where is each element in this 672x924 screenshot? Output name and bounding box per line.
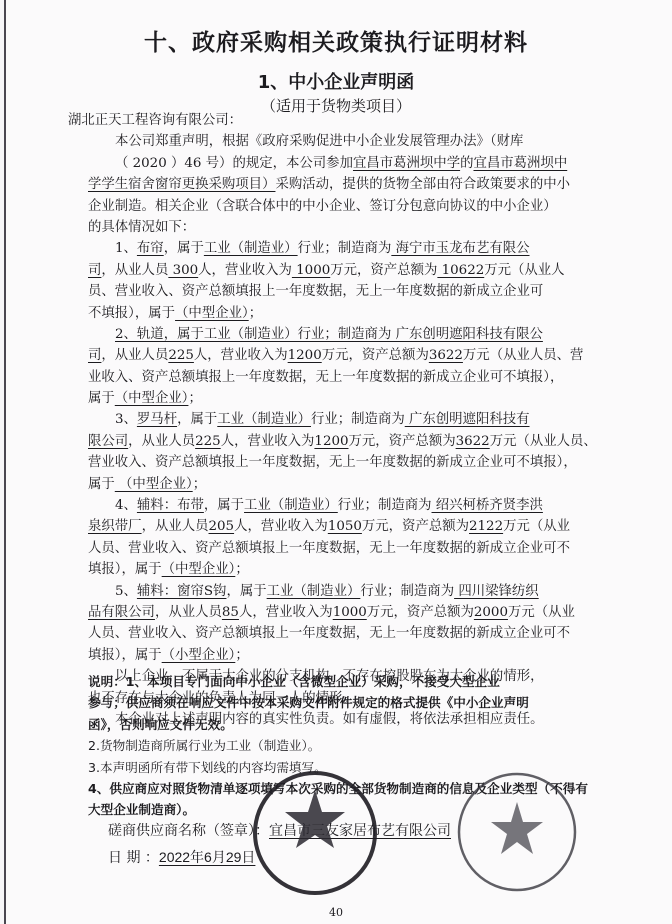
purchaser: 宜昌市葛洲坝中学: [353, 156, 460, 171]
item-3: 3、罗马杆，属于工业（制造业）行业；制造商为 广东创明遮阳科技有 限公司，从业人…: [88, 409, 618, 495]
letter-body: 湖北正天工程咨询有限公司： 本公司郑重声明，根据《政府采购促进中小企业发展管理办…: [88, 110, 618, 730]
intro-line: （ 2020 ）46 号）的规定，本公司参加宜昌市葛洲坝中学的宜昌市葛洲坝中: [88, 153, 618, 174]
item-2: 2、轨道，属于工业（制造业）行业；制造商为 广东创明遮阳科技有限公 司，从业人员…: [88, 324, 618, 410]
company-seal-stamp: [455, 770, 580, 895]
intro-line: 学学生宿舍窗帘更换采购项目）采购活动，提供的货物全部由符合政策要求的中小: [88, 174, 618, 195]
date-value: 2022年6月29日: [159, 849, 256, 865]
supplier-label: 磋商供应商名称（签章）：: [108, 823, 269, 839]
section-title: 十、政府采购相关政策执行证明材料: [0, 24, 672, 57]
item-4: 4、辅料：布带，属于工业（制造业）行业；制造商为 绍兴柯桥齐贤李洪 泉织带厂，从…: [88, 495, 618, 581]
item-5: 5、辅料：窗帘S钩，属于工业（制造业）行业；制造商为 四川梁锋纺织 品有限公司，…: [88, 581, 618, 667]
item-1: 1、布帘，属于工业（制造业）行业；制造商为 海宁市玉龙布艺有限公 司，从业人员 …: [88, 238, 618, 324]
intro-line: 企业制造。相关企业（含联合体中的中小企业、签订分包意向协议的中小企业）: [88, 196, 618, 217]
letter-title: 1、中小企业声明函: [0, 68, 672, 94]
company-seal-stamp: [250, 768, 380, 898]
date-label: 日 期 ：: [108, 850, 159, 866]
project-name: 宜昌市葛洲坝中: [473, 156, 567, 171]
intro-line: 本公司郑重声明，根据《政府采购促进中小企业发展管理办法》（财库: [88, 131, 618, 152]
page-number: 40: [0, 906, 672, 919]
intro-line: 的具体情况如下：: [88, 217, 618, 238]
addressee: 湖北正天工程咨询有限公司：: [68, 110, 618, 131]
